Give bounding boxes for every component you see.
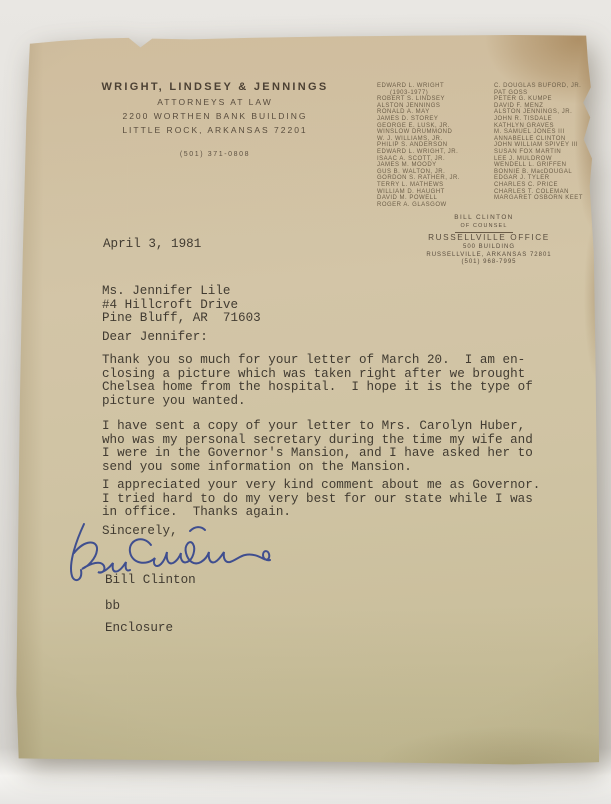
attorney-name: JOHN R. TISDALE xyxy=(494,116,611,123)
attorney-name: CHARLES C. PRICE xyxy=(494,182,611,189)
attorney-name: PHILIP S. ANDERSON xyxy=(377,142,489,149)
branch-office-line2: RUSSELLVILLE, ARKANSAS 72801 xyxy=(406,252,572,258)
letter-date: April 3, 1981 xyxy=(103,238,201,252)
attorney-name: EDWARD L. WRIGHT xyxy=(377,83,489,90)
firm-address-line2: LITTLE ROCK, ARKANSAS 72201 xyxy=(90,125,340,135)
salutation: Dear Jennifer: xyxy=(102,331,208,345)
paragraph-1: Thank you so much for your letter of Mar… xyxy=(102,354,562,408)
attorney-name: WINSLOW DRUMMOND xyxy=(377,129,489,136)
attorney-name: EDWARD L. WRIGHT, JR. xyxy=(377,149,489,156)
attorney-name: DAVID F. MENZ xyxy=(494,103,611,110)
attorney-name: DAVID M. POWELL xyxy=(377,195,489,202)
photo-background: WRIGHT, LINDSEY & JENNINGS ATTORNEYS AT … xyxy=(0,0,611,804)
attorney-name: ALSTON JENNINGS, JR. xyxy=(494,109,611,116)
attorney-name: W. J. WILLIAMS, JR. xyxy=(377,136,489,143)
typist-initials: bb xyxy=(105,600,120,614)
attorney-name: PAT GOSS xyxy=(494,90,611,97)
branch-office-name: RUSSELLVILLE OFFICE xyxy=(406,233,572,242)
typed-signature-name: Bill Clinton xyxy=(105,574,196,588)
attorney-name: EDGAR J. TYLER xyxy=(494,175,611,182)
enclosure-note: Enclosure xyxy=(105,622,173,636)
attorney-name: JAMES D. STOREY xyxy=(377,116,489,123)
attorneys-column-2: C. DOUGLAS BUFORD, JR.PAT GOSSPETER G. K… xyxy=(494,83,611,202)
attorney-name: LEE J. MULDROW xyxy=(494,156,611,163)
attorney-name: GUS B. WALTON, JR. xyxy=(377,169,489,176)
attorney-name: (1903-1977) xyxy=(377,90,489,97)
firm-tagline: ATTORNEYS AT LAW xyxy=(90,97,340,107)
attorney-name: SUSAN FOX MARTIN xyxy=(494,149,611,156)
attorney-name: CHARLES T. COLEMAN xyxy=(494,189,611,196)
branch-office-block: RUSSELLVILLE OFFICE 500 BUILDING RUSSELL… xyxy=(406,233,572,265)
attorney-name: ALSTON JENNINGS xyxy=(377,103,489,110)
attorney-name: ROGER A. GLASGOW xyxy=(377,202,489,209)
attorney-name: C. DOUGLAS BUFORD, JR. xyxy=(494,83,611,90)
paper-sheet: WRIGHT, LINDSEY & JENNINGS ATTORNEYS AT … xyxy=(14,32,602,768)
attorney-name: GEORGE E. LUSK, JR. xyxy=(377,123,489,130)
attorney-name: ANNABELLE CLINTON xyxy=(494,136,611,143)
branch-office-line1: 500 BUILDING xyxy=(406,244,572,250)
letterhead-firm-block: WRIGHT, LINDSEY & JENNINGS ATTORNEYS AT … xyxy=(90,81,340,158)
of-counsel-name: BILL CLINTON xyxy=(432,214,536,221)
of-counsel-title: OF COUNSEL xyxy=(432,223,536,229)
attorney-name: RONALD A. MAY xyxy=(377,109,489,116)
attorney-name: KATHLYN GRAVES xyxy=(494,123,611,130)
attorney-name: JAMES M. MOODY xyxy=(377,162,489,169)
branch-office-phone: (501) 968-7995 xyxy=(406,259,572,265)
attorney-name: BONNIE B. MacDOUGAL xyxy=(494,169,611,176)
attorney-name: GORDON S. RATHER, JR. xyxy=(377,175,489,182)
paragraph-2: I have sent a copy of your letter to Mrs… xyxy=(102,420,562,474)
paragraph-3: I appreciated your very kind comment abo… xyxy=(102,479,572,520)
of-counsel-block: BILL CLINTON OF COUNSEL xyxy=(432,214,536,233)
firm-name: WRIGHT, LINDSEY & JENNINGS xyxy=(90,81,340,93)
firm-address-line1: 2200 WORTHEN BANK BUILDING xyxy=(90,111,340,121)
attorney-name: MARGARET OSBORN KEET xyxy=(494,195,611,202)
letter-paper: WRIGHT, LINDSEY & JENNINGS ATTORNEYS AT … xyxy=(14,32,602,768)
attorney-name: JOHN WILLIAM SPIVEY III xyxy=(494,142,611,149)
attorney-name: ISAAC A. SCOTT, JR. xyxy=(377,156,489,163)
attorney-name: PETER G. KUMPE xyxy=(494,96,611,103)
firm-phone: (501) 371-0808 xyxy=(90,151,340,158)
attorney-name: TERRY L. MATHEWS xyxy=(377,182,489,189)
attorney-name: ROBERT S. LINDSEY xyxy=(377,96,489,103)
recipient-address: Ms. Jennifer Lile #4 Hillcroft Drive Pin… xyxy=(102,285,261,326)
attorney-name: WILLIAM D. HAUGHT xyxy=(377,189,489,196)
attorney-name: WENDELL L. GRIFFEN xyxy=(494,162,611,169)
attorneys-column-1: EDWARD L. WRIGHT(1903-1977)ROBERT S. LIN… xyxy=(377,83,489,208)
attorney-name: M. SAMUEL JONES III xyxy=(494,129,611,136)
